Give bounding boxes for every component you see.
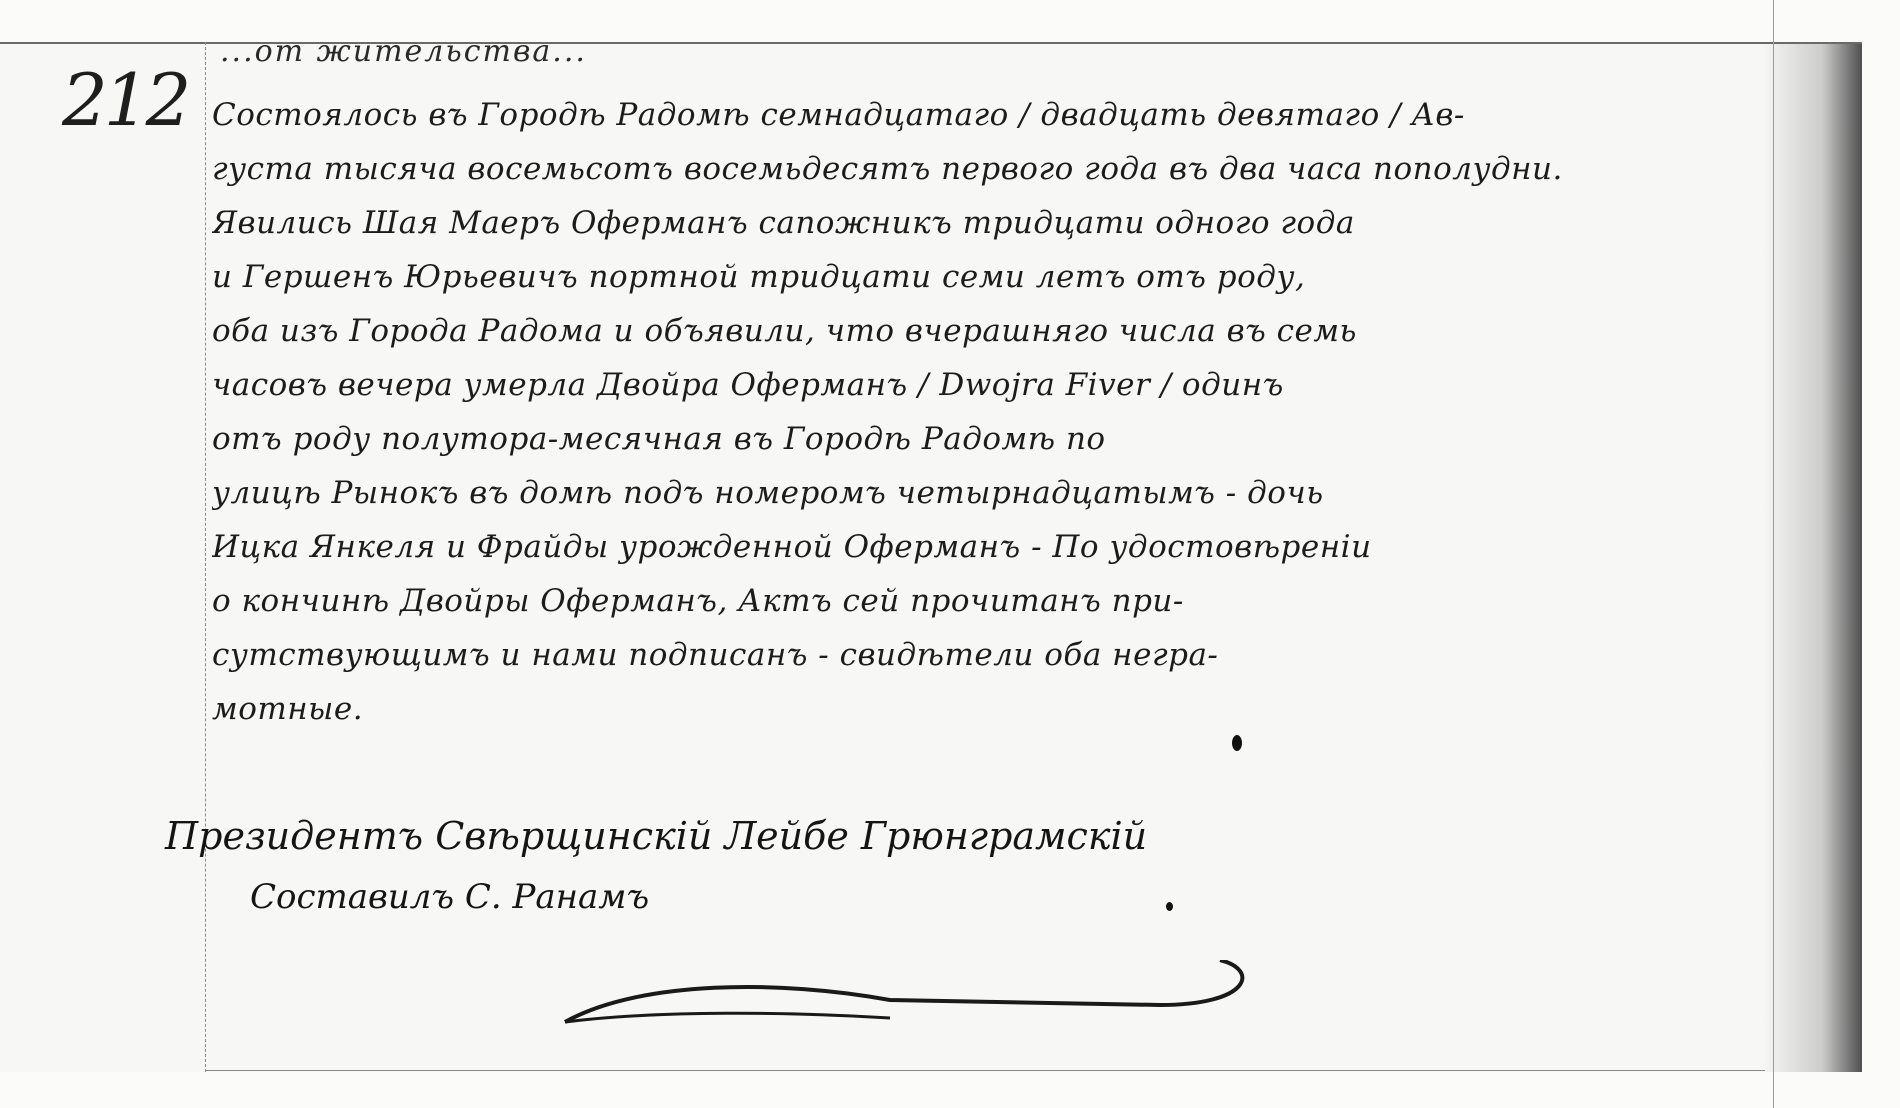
record-line: Состоялось въ Городѣ Радомѣ семнадцатаго… xyxy=(212,88,1852,142)
signature-block: Президентъ Свѣрщинскій Лейбе Грюнграмскі… xyxy=(165,805,1665,927)
ink-blot xyxy=(1232,735,1242,751)
bottom-rule xyxy=(205,1070,1765,1071)
record-line: оба изъ Города Радома и объявили, что вч… xyxy=(212,304,1852,358)
record-body: Состоялось въ Городѣ Радомѣ семнадцатаго… xyxy=(212,88,1852,736)
record-line: улицѣ Рынокъ въ домѣ подъ номеромъ четыр… xyxy=(212,466,1852,520)
carry-over-text: ...от жительства... xyxy=(220,34,587,69)
record-line: Явились Шая Маеръ Оферманъ сапожникъ три… xyxy=(212,196,1852,250)
signature-president-witness: Президентъ Свѣрщинскій Лейбе Грюнграмскі… xyxy=(165,805,1665,867)
record-line: о кончинѣ Двойры Оферманъ, Актъ сей проч… xyxy=(212,574,1852,628)
ink-blot xyxy=(1166,902,1173,911)
record-line: часовъ вечера умерла Двойра Оферманъ / D… xyxy=(212,358,1852,412)
record-line: сутствующимъ и нами подписанъ - свидѣтел… xyxy=(212,628,1852,682)
signature-registrar: Составилъ С. Ранамъ xyxy=(250,867,1665,927)
entry-number: 212 xyxy=(62,58,187,142)
record-line: и Гершенъ Юрьевичъ портной тридцати семи… xyxy=(212,250,1852,304)
record-line: Ицка Янкеля и Фрайды урожденной Оферманъ… xyxy=(212,520,1852,574)
record-line: густа тысяча восемьсотъ восемьдесятъ пер… xyxy=(212,142,1852,196)
record-line: отъ роду полутора-месячная въ Городѣ Рад… xyxy=(212,412,1852,466)
signature-flourish-icon xyxy=(560,960,1280,1030)
record-line: мотные. xyxy=(212,682,1852,736)
